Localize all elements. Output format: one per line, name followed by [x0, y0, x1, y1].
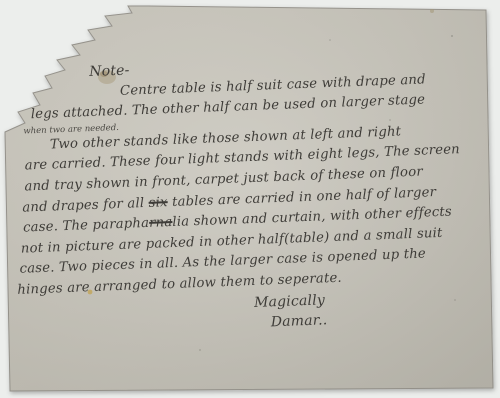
note-line-segment: case. The parapha [23, 216, 150, 236]
struck-letters: rna [149, 215, 173, 231]
speckle [451, 35, 453, 37]
stain-spot [430, 9, 434, 13]
speckle [199, 349, 201, 351]
photo-of-handwritten-note: Note- Centre table is half suit case wit… [0, 0, 500, 398]
struck-word: six [148, 195, 168, 211]
note-line-segment: and drapes for all [22, 195, 149, 215]
speckle [329, 39, 331, 41]
note-text-block: Note- Centre table is half suit case wit… [9, 47, 493, 342]
